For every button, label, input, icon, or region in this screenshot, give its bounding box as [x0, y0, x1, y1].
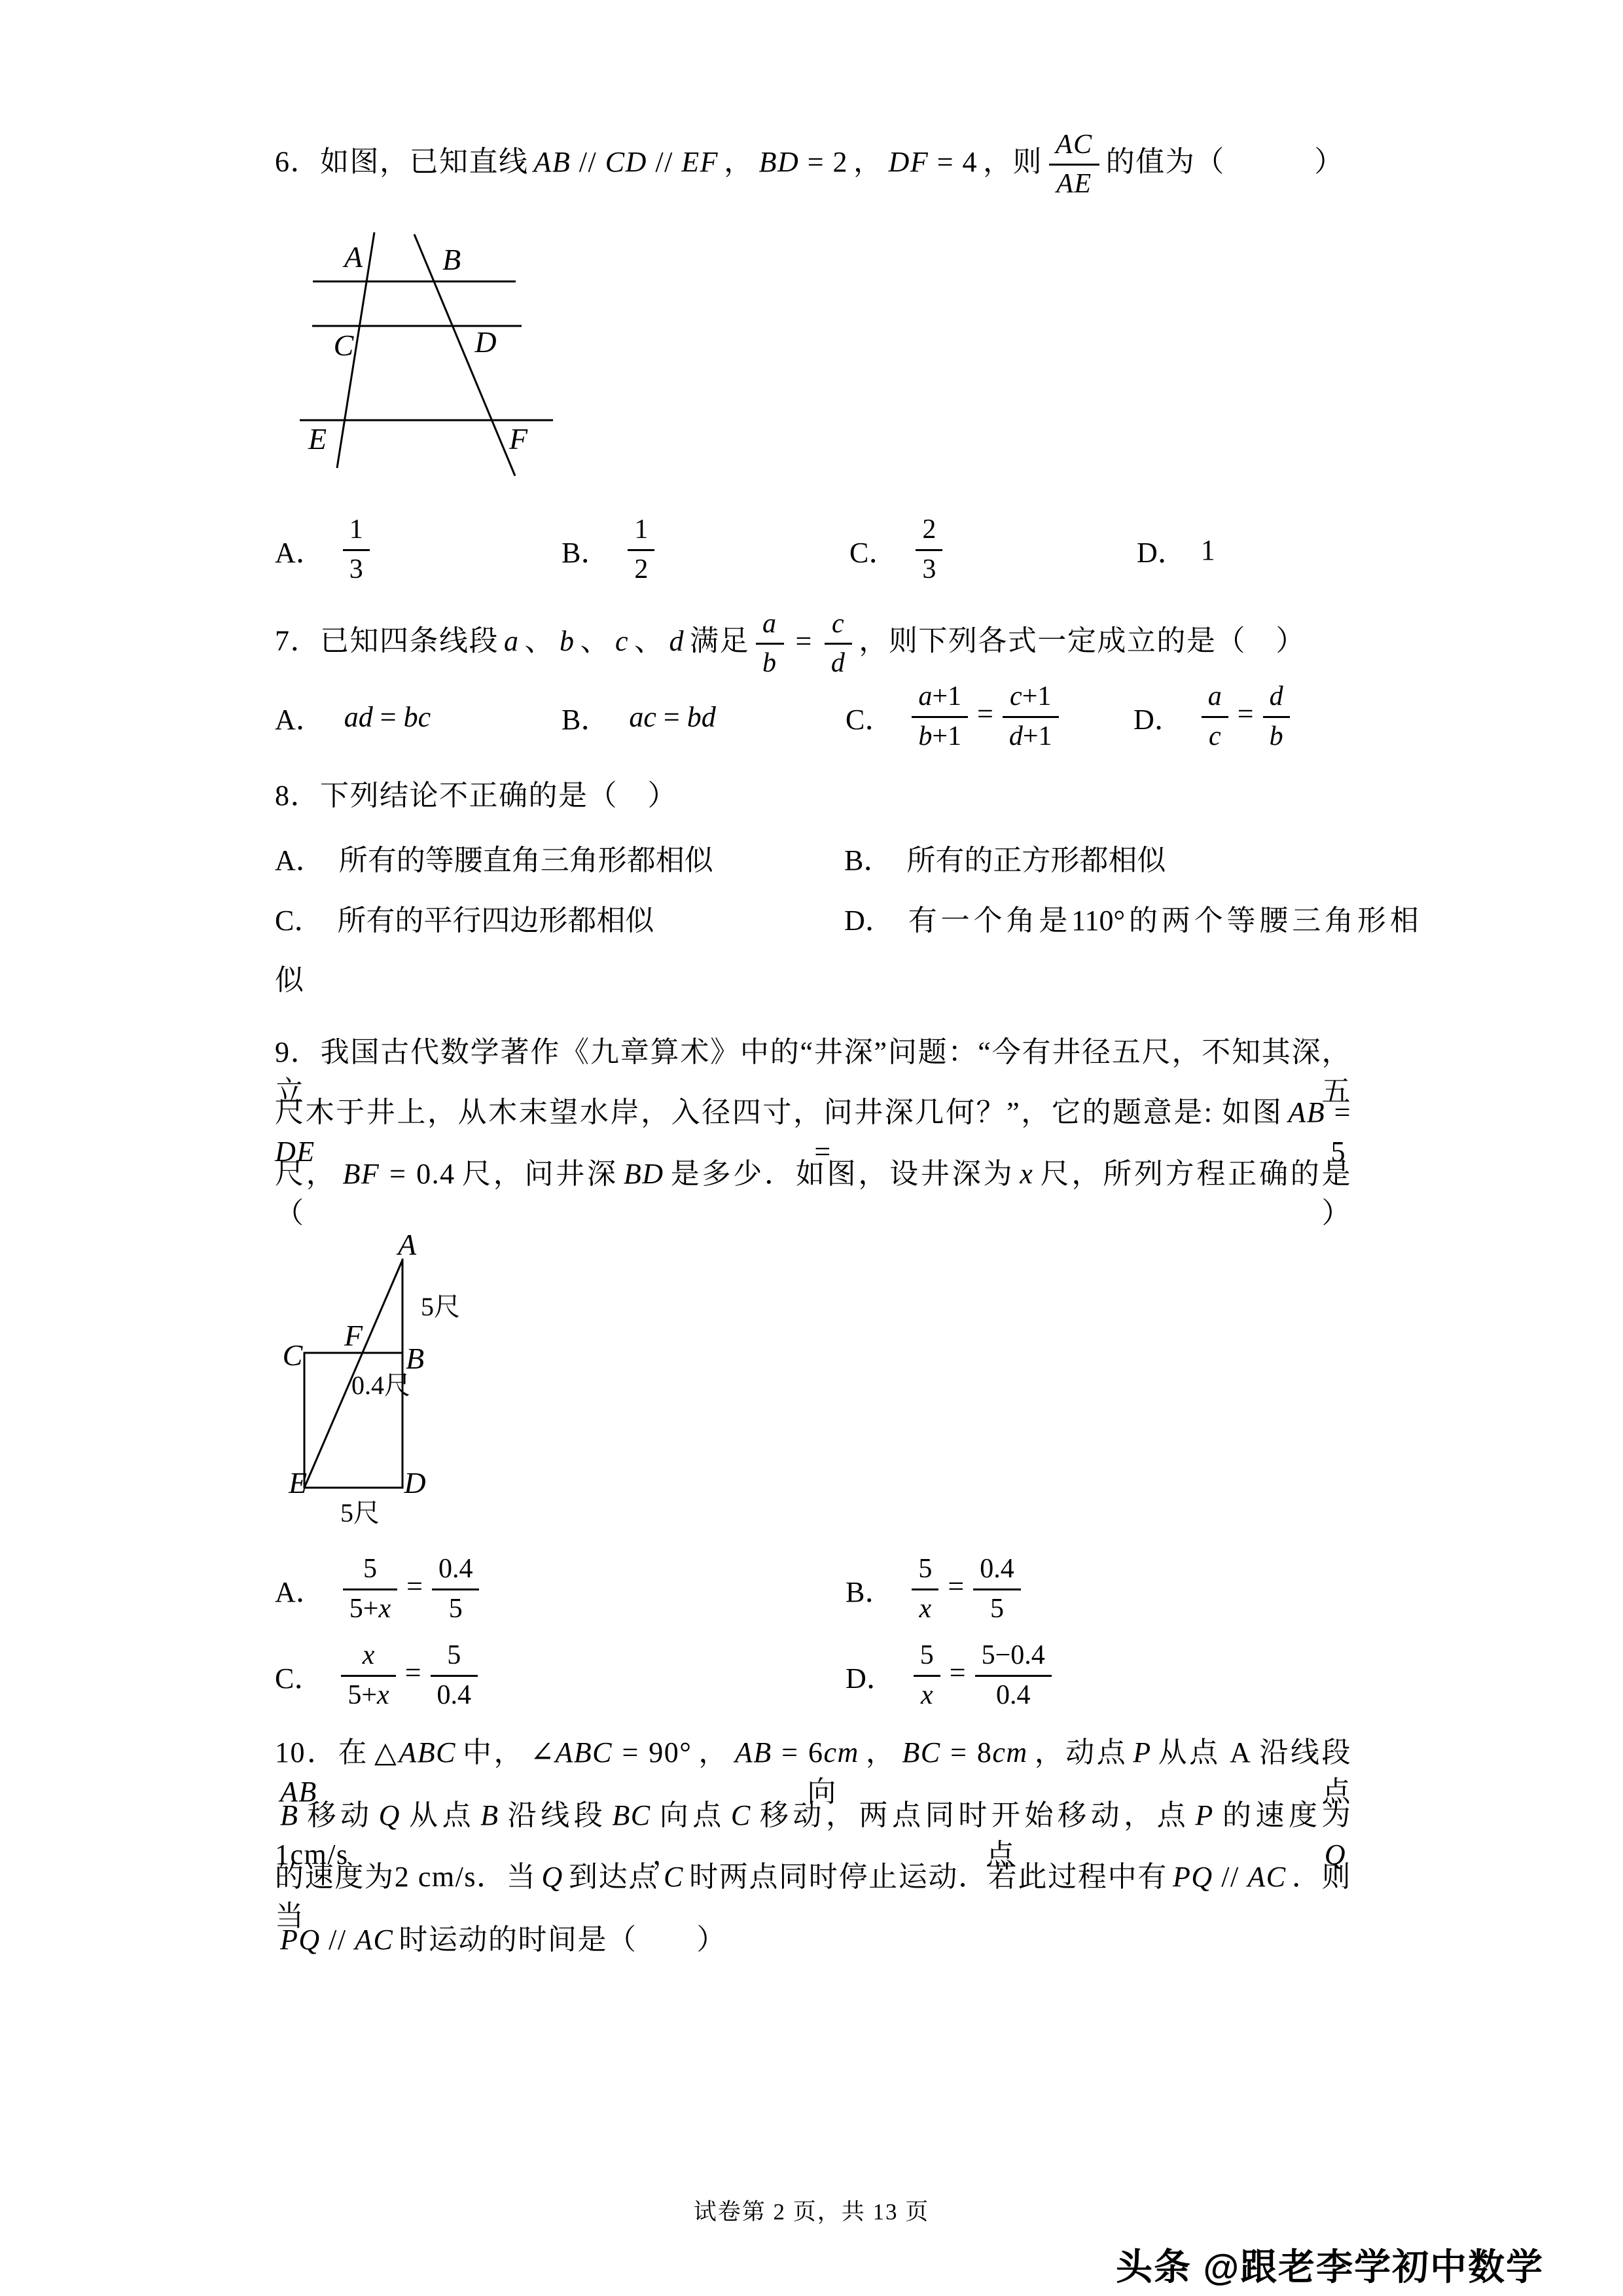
length-label-ab: 5尺	[421, 1292, 460, 1321]
length-label-fb: 0.4尺	[351, 1371, 410, 1400]
option-content: 12	[624, 513, 658, 586]
fraction-numerator: 5	[343, 1552, 397, 1590]
question-10-text-line4: PQ // AC时运动的时间是（ ）	[275, 1920, 726, 1960]
math-segment: DF = 4	[883, 146, 983, 178]
math-segment: Q	[374, 1799, 406, 1831]
math-segment: P	[1128, 1736, 1156, 1768]
text-segment: 尺，	[275, 1158, 338, 1190]
fraction-numerator: 5	[914, 1639, 940, 1676]
fraction-numerator: a	[756, 607, 784, 645]
math-segment: BD = 2	[754, 146, 853, 178]
text-segment: 所有的平行四边形都相似	[337, 905, 654, 937]
math-segment: P	[1190, 1799, 1219, 1831]
point-label-e: E	[288, 1466, 307, 1499]
option-a: A．ad = bc	[275, 677, 436, 756]
fraction: 50.4	[431, 1639, 478, 1712]
question-8-text: 8．下列结论不正确的是（ ）	[275, 776, 677, 816]
option-d-continuation: 似	[275, 961, 305, 1000]
math-segment: =	[942, 1570, 969, 1602]
option-content: 所有的平行四边形都相似	[337, 897, 654, 939]
fraction-numerator: 0.4	[973, 1552, 1021, 1590]
math-segment: x	[1014, 1158, 1039, 1190]
math-segment: Q	[537, 1861, 569, 1893]
math-segment: =	[791, 625, 818, 657]
option-content: 13	[339, 513, 374, 586]
fraction-numerator: 5−0.4	[975, 1639, 1052, 1676]
math-segment: d	[664, 625, 690, 657]
text-segment: 7．已知四条线段	[275, 625, 499, 657]
fraction-numerator: a	[1202, 680, 1228, 717]
option-d: D．5x=5−0.40.4	[846, 1636, 1056, 1715]
text-segment: 的速度为2 cm/s．当	[275, 1861, 537, 1893]
option-content: x5+x=50.4	[337, 1639, 482, 1712]
option-letter: C．	[275, 1655, 323, 1696]
fraction: cd	[825, 607, 853, 680]
math-segment: ac = bd	[624, 701, 721, 733]
text-segment: 所有的等腰直角三角形都相似	[339, 844, 713, 876]
fraction-denominator: 0.4	[975, 1677, 1052, 1712]
math-segment: =	[400, 1657, 427, 1689]
point-label-d: D	[474, 325, 496, 359]
point-label-f: F	[508, 422, 528, 456]
fraction-denominator: 2	[628, 551, 654, 586]
fraction-denominator: 0.4	[431, 1677, 478, 1712]
fraction-numerator: c+1	[1003, 680, 1059, 717]
math-segment: AB = 6cm	[730, 1736, 865, 1768]
fraction: ACAE	[1049, 128, 1099, 201]
math-segment: AB // CD // EF	[529, 146, 724, 178]
text-segment: 时两点同时停止运动．若此过程中有	[689, 1861, 1168, 1893]
option-content: 55+x=0.45	[339, 1552, 484, 1625]
option-content: 5x=5−0.40.4	[910, 1639, 1056, 1712]
text-segment: 6．如图，已知直线	[275, 146, 529, 178]
option-letter: A．	[275, 696, 325, 738]
text-segment: 时运动的时间是（ ）	[399, 1924, 726, 1956]
point-label-c: C	[334, 329, 355, 362]
point-label-a: A	[396, 1228, 417, 1261]
fraction: 5x	[914, 1639, 940, 1712]
math-segment: BC	[607, 1799, 656, 1831]
text-segment: ，动点	[1033, 1736, 1128, 1768]
fraction: 13	[343, 513, 370, 586]
fraction-denominator: x	[912, 1590, 938, 1626]
text-segment: 移动，两点同时开始移动，点	[757, 1799, 1190, 1831]
point-label-a: A	[342, 240, 363, 274]
fraction: ab	[756, 607, 784, 680]
fraction: 5−0.40.4	[975, 1639, 1052, 1712]
fraction: c+1d+1	[1003, 680, 1059, 753]
option-content: ac=db	[1198, 680, 1294, 753]
option-d: D．ac=db	[1133, 677, 1294, 756]
fraction: 23	[916, 513, 942, 586]
text-segment: ，	[865, 1736, 897, 1768]
text-segment: 从点	[406, 1799, 475, 1831]
text-segment: 沿线段	[505, 1799, 607, 1831]
fraction: 0.45	[973, 1552, 1021, 1625]
math-segment: =	[972, 698, 999, 730]
text-segment: 的值为（ ）	[1106, 146, 1344, 178]
text-segment: 8．下列结论不正确的是（ ）	[275, 780, 677, 812]
exam-page: 6．如图，已知直线AB // CD // EF，BD = 2，DF = 4，则A…	[0, 0, 1623, 2296]
math-segment: =	[1232, 698, 1259, 730]
fraction: 55+x	[343, 1552, 397, 1625]
option-content: 1	[1201, 533, 1215, 567]
text-segment: 满足	[690, 625, 749, 657]
option-content: ad = bc	[339, 700, 436, 734]
math-segment: ad = bc	[339, 701, 436, 733]
option-a: A．55+x=0.45	[275, 1550, 483, 1628]
question-7-text: 7．已知四条线段a、b、c、d满足ab=cd，则下列各式一定成立的是（ ）	[275, 607, 1306, 680]
option-c: C．所有的平行四边形都相似	[275, 898, 654, 937]
text-segment: 所有的正方形都相似	[906, 844, 1166, 876]
math-segment: BF = 0.4	[338, 1158, 461, 1190]
option-content: a+1b+1=c+1d+1	[908, 680, 1062, 753]
math-segment: =	[401, 1570, 428, 1602]
option-letter: B．	[562, 696, 609, 738]
text-segment: 尺，问井深	[461, 1158, 618, 1190]
text-segment: 中，	[461, 1736, 525, 1768]
math-segment: B	[275, 1799, 304, 1831]
length-label-ed: 5尺	[340, 1498, 380, 1528]
text-segment: 1	[1201, 534, 1215, 566]
math-segment: a	[499, 625, 525, 657]
fraction-denominator: 5	[973, 1590, 1021, 1626]
text-segment: 尺木于井上，从木末望水岸，入径四寸，问井深几何？”，它的题意是: 如图	[275, 1096, 1283, 1128]
option-content: 所有的等腰直角三角形都相似	[339, 836, 713, 878]
option-content: 所有的正方形都相似	[906, 836, 1166, 878]
text-segment: ，	[853, 146, 883, 178]
math-segment: PQ // AC	[1168, 1861, 1292, 1893]
option-content: 5x=0.45	[908, 1552, 1024, 1625]
math-segment: c	[610, 625, 634, 657]
fraction-denominator: 5+x	[341, 1677, 395, 1712]
option-letter: A．	[275, 1568, 325, 1610]
fraction-numerator: 5	[431, 1639, 478, 1676]
option-d: D．1	[1137, 511, 1215, 589]
option-a: A．所有的等腰直角三角形都相似	[275, 838, 713, 877]
option-letter: C．	[849, 529, 897, 571]
text-segment: 10．在	[275, 1736, 369, 1768]
math-segment: C	[658, 1861, 689, 1893]
text-segment: 有一个角是110°的两个等腰三角形相	[908, 905, 1419, 937]
option-a: A．13	[275, 511, 374, 589]
text-segment: 移动	[304, 1799, 373, 1831]
option-b: B．12	[562, 511, 658, 589]
fraction-denominator: x	[914, 1677, 940, 1712]
point-label-b: B	[442, 243, 461, 276]
fraction: 5x	[912, 1552, 938, 1625]
text-segment: ，	[724, 146, 754, 178]
text-segment: 从点 A 沿线段	[1157, 1736, 1351, 1768]
question-6-text: 6．如图，已知直线AB // CD // EF，BD = 2，DF = 4，则A…	[275, 128, 1344, 201]
math-segment: ∠ABC = 90°	[525, 1736, 697, 1768]
fraction-numerator: AC	[1049, 128, 1099, 166]
text-segment: ，则	[983, 146, 1043, 178]
fraction-numerator: 2	[916, 513, 942, 550]
text-segment: ，则下列各式一定成立的是（ ）	[859, 625, 1306, 657]
fraction-numerator: 1	[628, 513, 654, 550]
option-d: D．有一个角是110°的两个等腰三角形相	[844, 898, 1419, 937]
option-c: C．x5+x=50.4	[275, 1636, 482, 1715]
fraction-numerator: x	[341, 1639, 395, 1676]
fraction-numerator: d	[1263, 680, 1290, 717]
figure-q6: A B C D E F	[298, 228, 556, 483]
option-letter: B．	[562, 529, 609, 571]
option-b: B．ac = bd	[562, 677, 721, 756]
fraction-denominator: b	[1263, 718, 1290, 753]
math-segment: B	[475, 1799, 504, 1831]
option-letter: C．	[275, 897, 323, 939]
text-segment: 向点	[656, 1799, 726, 1831]
math-segment: PQ // AC	[275, 1924, 399, 1956]
watermark-text: 头条 @跟老李学初中数学	[1116, 2238, 1544, 2291]
fraction-denominator: 3	[916, 551, 942, 586]
fraction-denominator: 5+x	[343, 1590, 397, 1626]
math-segment: △ABC	[369, 1736, 461, 1768]
option-b: B．5x=0.45	[846, 1550, 1025, 1628]
option-c: C．23	[849, 511, 946, 589]
math-segment: C	[726, 1799, 757, 1831]
fraction-numerator: 1	[343, 513, 370, 550]
fraction: x5+x	[341, 1639, 395, 1712]
fraction: 12	[628, 513, 654, 586]
fraction-denominator: 5	[432, 1590, 480, 1626]
fraction-denominator: 3	[343, 551, 370, 586]
fraction-numerator: a+1	[912, 680, 968, 717]
point-label-f: F	[344, 1319, 363, 1352]
point-label-d: D	[403, 1466, 425, 1499]
fraction-denominator: b+1	[912, 718, 968, 753]
option-letter: B．	[846, 1568, 893, 1610]
fraction-denominator: b	[756, 645, 784, 680]
option-letter: A．	[275, 529, 325, 571]
fraction-denominator: d+1	[1003, 718, 1059, 753]
fraction: 0.45	[432, 1552, 480, 1625]
option-letter: D．	[1133, 696, 1183, 738]
fraction-denominator: c	[1202, 718, 1228, 753]
option-letter: D．	[1137, 529, 1186, 571]
option-c: C．a+1b+1=c+1d+1	[846, 677, 1063, 756]
fraction-denominator: AE	[1049, 166, 1099, 201]
option-content: 23	[912, 513, 946, 586]
fraction: db	[1263, 680, 1290, 753]
page-number-footer: 试卷第 2 页，共 13 页	[0, 2194, 1623, 2227]
option-letter: B．	[844, 836, 892, 878]
math-segment: b	[554, 625, 580, 657]
text-segment: ，	[697, 1736, 730, 1768]
fraction-numerator: 5	[912, 1552, 938, 1590]
option-letter: C．	[846, 696, 893, 738]
option-content: ac = bd	[624, 700, 721, 734]
fraction-numerator: 0.4	[432, 1552, 480, 1590]
option-letter: D．	[844, 897, 894, 939]
math-segment: =	[944, 1657, 971, 1689]
text-segment: 、	[580, 625, 611, 657]
fraction: ac	[1202, 680, 1228, 753]
option-b: B．所有的正方形都相似	[844, 838, 1166, 877]
fraction-numerator: c	[825, 607, 853, 645]
math-segment: BD	[618, 1158, 669, 1190]
option-content: 有一个角是110°的两个等腰三角形相	[908, 897, 1419, 939]
text-segment: 、	[525, 625, 555, 657]
transversal-bdf	[414, 234, 515, 476]
fraction-denominator: d	[825, 645, 853, 680]
text-segment: 是多少．如图，设井深为	[669, 1158, 1014, 1190]
fraction: a+1b+1	[912, 680, 968, 753]
text-segment: 到达点	[569, 1861, 658, 1893]
point-label-c: C	[283, 1338, 304, 1372]
figure-q9: A 5尺 F C B 0.4尺 E D 5尺	[281, 1219, 478, 1533]
option-letter: D．	[846, 1655, 895, 1696]
point-label-e: E	[308, 422, 327, 456]
option-letter: A．	[275, 836, 325, 878]
text-segment: 、	[634, 625, 664, 657]
math-segment: BC = 8cm	[897, 1736, 1033, 1768]
